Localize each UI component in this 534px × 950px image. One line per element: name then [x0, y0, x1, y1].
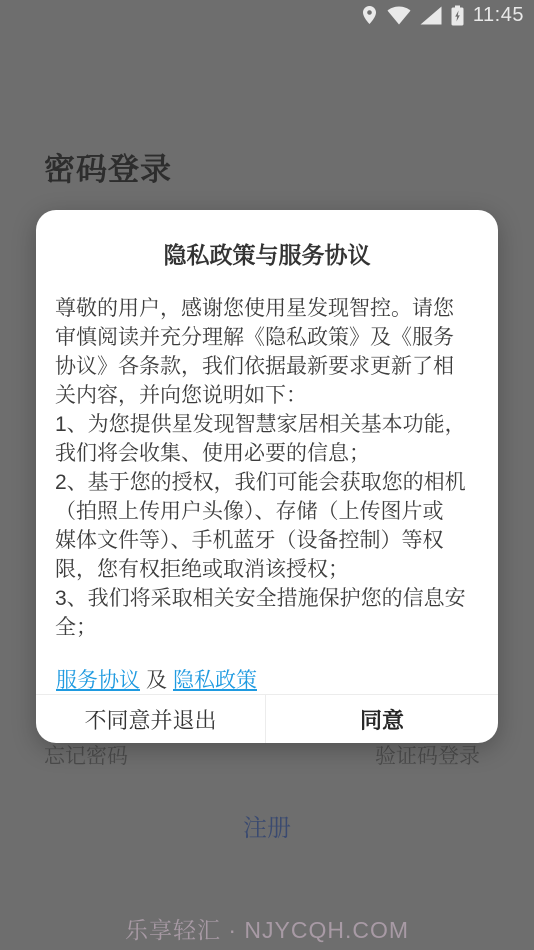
dialog-agreement-links: 服务协议及隐私政策 [36, 664, 498, 694]
app-screen: 11:45 密码登录 忘记密码 验证码登录 注册 乐享轻汇 · NJYCQH.C… [0, 0, 534, 950]
page-title-password-login: 密码登录 [44, 144, 172, 189]
dialog-title: 隐私政策与服务协议 [36, 237, 498, 270]
dialog-button-bar: 不同意并退出 同意 [36, 694, 498, 743]
service-agreement-link[interactable]: 服务协议 [56, 669, 140, 692]
forgot-password-link[interactable]: 忘记密码 [44, 740, 128, 770]
battery-charging-icon [451, 5, 464, 26]
wifi-icon [387, 6, 411, 25]
agree-button[interactable]: 同意 [266, 695, 498, 743]
cellular-signal-icon [420, 6, 442, 25]
privacy-policy-dialog: 隐私政策与服务协议 尊敬的用户，感谢您使用星发现智控。请您 审慎阅读并充分理解《… [36, 210, 498, 743]
status-bar-clock: 11:45 [473, 4, 524, 27]
privacy-policy-link[interactable]: 隐私政策 [173, 669, 257, 692]
dialog-body-text: 尊敬的用户，感谢您使用星发现智控。请您 审慎阅读并充分理解《隐私政策》及《服务 … [36, 294, 498, 642]
status-bar: 11:45 [0, 0, 534, 30]
location-icon [361, 5, 378, 25]
register-link[interactable]: 注册 [0, 808, 534, 843]
code-login-link[interactable]: 验证码登录 [375, 740, 480, 770]
login-secondary-links: 忘记密码 验证码登录 [44, 740, 480, 770]
links-conjunction: 及 [146, 669, 167, 692]
disagree-exit-button[interactable]: 不同意并退出 [36, 695, 266, 743]
footer-branding: 乐享轻汇 · NJYCQH.COM [0, 912, 534, 945]
